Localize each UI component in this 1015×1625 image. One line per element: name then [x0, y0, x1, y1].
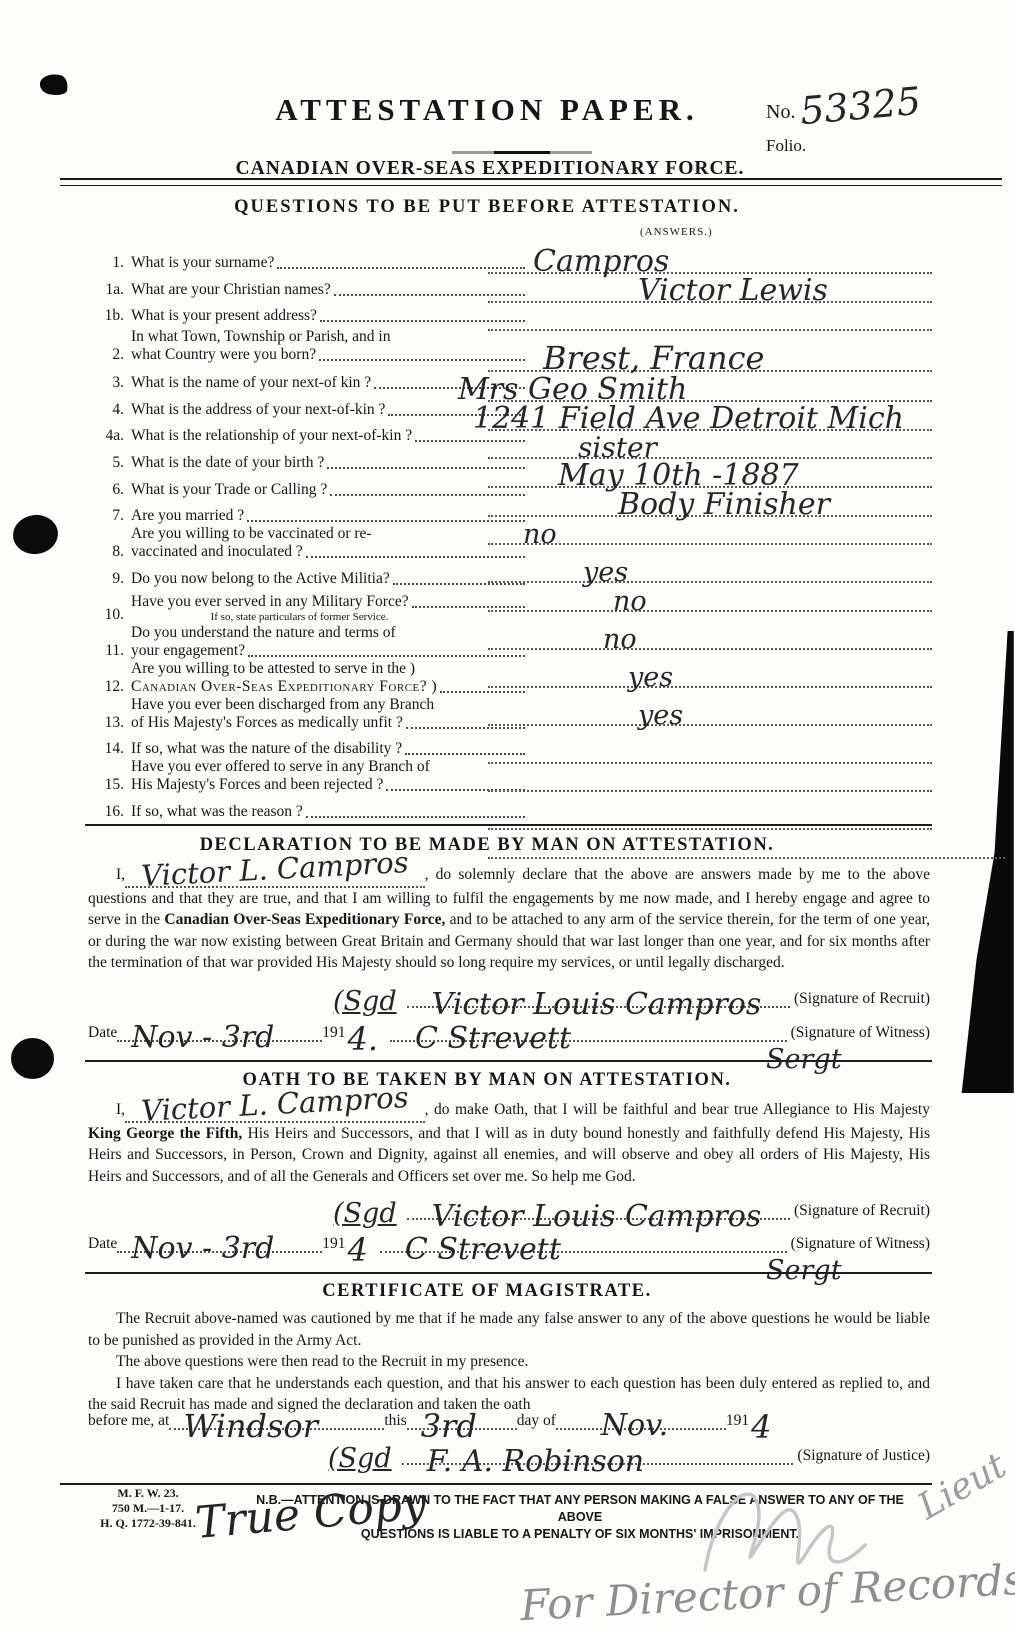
question-text: Do you understand the nature and terms o…	[131, 624, 528, 642]
question-text: In what Town, Township or Parish, and in	[131, 328, 528, 346]
question-row: 1.What is your surname?	[88, 246, 528, 272]
date-value: Nov - 3rd	[131, 1030, 274, 1046]
declaration-date-witness-row: Date Nov - 3rd 191 4. C StrevettSergt (S…	[88, 1023, 930, 1042]
date-line: Nov - 3rd	[117, 1030, 322, 1042]
form-reference: 750 M.—1-17.	[88, 1501, 208, 1516]
oath-recruit-signature-row: (Sgd Victor Louis Campros (Signature of …	[88, 1201, 930, 1220]
hole-punch-mark	[11, 512, 61, 557]
question-row: 7.Are you married ?	[88, 499, 528, 525]
answer-line: no	[488, 583, 932, 612]
answer-line: no	[488, 612, 932, 650]
date-value: Nov - 3rd	[131, 1241, 274, 1257]
year-handwritten: 4	[348, 1244, 368, 1256]
recruit-signature-line: Victor Louis Campros	[407, 996, 790, 1008]
answer-line: Mrs Geo Smith	[488, 372, 932, 402]
declaration-recruit-signature-row: (Sgd Victor Louis Campros (Signature of …	[88, 989, 930, 1008]
question-number: 3.	[88, 374, 131, 392]
attestation-paper-page: ATTESTATION PAPER. No. 53325 Folio. CANA…	[0, 0, 1015, 1625]
question-number: 13.	[88, 714, 131, 732]
question-row: 15.Have you ever offered to serve in any…	[88, 758, 528, 794]
month-value: Nov.	[601, 1418, 668, 1434]
folio-label: Folio.	[766, 136, 806, 156]
oath-date-witness-row: Date Nov - 3rd 191 4 C StrevettSergt (Si…	[88, 1234, 930, 1253]
question-number: 1a.	[88, 281, 131, 299]
witness-rank: Sergt	[766, 1263, 842, 1279]
question-number: 2.	[88, 346, 131, 364]
question-text: Do you now belong to the Active Militia?	[131, 570, 390, 588]
question-number: 11.	[88, 642, 131, 660]
question-number: 1.	[88, 254, 131, 272]
question-number: 16.	[88, 803, 131, 821]
witness-signature-line: C StrevettSergt	[380, 1241, 787, 1253]
question-number: 4a.	[88, 427, 131, 445]
question-number: 15.	[88, 776, 131, 794]
question-text: Have you ever offered to serve in any Br…	[131, 758, 528, 776]
sgd-mark: (Sgd	[333, 994, 397, 1010]
oath-body: , do make Oath, that I will be faithful …	[425, 1101, 930, 1118]
declaration-intro: I,	[116, 866, 125, 883]
year-handwritten: 4.	[348, 1033, 379, 1045]
question-text: Are you willing to be attested to serve …	[131, 660, 528, 678]
oath-heading: OATH TO BE TAKEN BY MAN ON ATTESTATION.	[62, 1070, 912, 1091]
witness-signature: C Strevett	[405, 1241, 561, 1259]
certificate-para1: The Recruit above-named was cautioned by…	[88, 1308, 930, 1351]
section-rule	[85, 1272, 932, 1274]
scan-shadow-wedge	[953, 631, 1015, 1093]
question-text-line2: your engagement?	[131, 642, 245, 660]
answer-line: Body Finisher	[488, 488, 932, 517]
question-text: What is your Trade or Calling ?	[131, 481, 327, 499]
question-text: Have you ever been discharged from any B…	[131, 696, 528, 714]
dotted-leader	[248, 655, 525, 657]
dotted-leader	[247, 520, 525, 522]
declaration-name-line: Victor L. Campros	[125, 862, 425, 888]
question-text-line2: of His Majesty's Forces as medically unf…	[131, 714, 403, 732]
question-text: Are you willing to be vaccinated or re-	[131, 525, 528, 543]
question-row: 4a.What is the relationship of your next…	[88, 419, 528, 445]
question-text: If so, what was the reason ?	[131, 803, 303, 821]
before-me-row: before me, at Windsor this 3rd day of No…	[88, 1411, 930, 1430]
question-text-line2: His Majesty's Forces and been rejected ?	[131, 776, 383, 794]
question-text-line2: what Country were you born?	[131, 346, 316, 364]
question-text: What are your Christian names?	[131, 281, 331, 299]
question-text: Have you ever served in any Military For…	[131, 593, 409, 611]
answers-column: Campros Victor Lewis Brest, France Mrs G…	[488, 246, 932, 859]
certificate-heading: CERTIFICATE OF MAGISTRATE.	[62, 1281, 912, 1302]
answer-line	[488, 303, 932, 331]
answer-line: yes	[488, 650, 932, 688]
month-line: Nov.	[556, 1418, 726, 1430]
declaration-name: Victor L. Campros	[141, 855, 409, 883]
answer-line: no	[488, 517, 932, 545]
before-me-label: before me, at	[88, 1411, 169, 1430]
question-text: What is the address of your next-of-kin …	[131, 401, 385, 419]
question-row: 2.In what Town, Township or Parish, and …	[88, 325, 528, 364]
witness-signature-label: (Signature of Witness)	[791, 1234, 930, 1253]
certificate-paragraphs: The Recruit above-named was cautioned by…	[88, 1308, 930, 1416]
questions-heading: QUESTIONS TO BE PUT BEFORE ATTESTATION.	[62, 197, 912, 218]
form-number-label: No.	[766, 101, 795, 124]
question-number: 7.	[88, 507, 131, 525]
question-number: 5.	[88, 454, 131, 472]
question-row: 1b.What is your present address?	[88, 299, 528, 325]
place-line: Windsor	[169, 1418, 384, 1430]
sgd-mark: (Sgd	[328, 1451, 392, 1467]
question-number: 4.	[88, 401, 131, 419]
form-reference: M. F. W. 23.	[88, 1486, 208, 1501]
recruit-signature-label: (Signature of Recruit)	[794, 1201, 930, 1220]
answers-column-label: (ANSWERS.)	[640, 226, 713, 238]
this-label: this	[384, 1411, 406, 1430]
sgd-mark: (Sgd	[333, 1206, 397, 1222]
question-text: What is your surname?	[131, 254, 274, 272]
question-text: What is the date of your birth ?	[131, 454, 324, 472]
question-row: 13.Have you ever been discharged from an…	[88, 696, 528, 732]
question-number: 12.	[88, 678, 131, 696]
answer-line: Brest, France	[488, 331, 932, 372]
question-row: 5.What is the date of your birth ?	[88, 445, 528, 472]
day-line: 3rd	[407, 1418, 517, 1430]
question-text: Are you married ?	[131, 507, 244, 525]
answer-line: 1241 Field Ave Detroit Mich	[488, 402, 932, 431]
witness-signature-line: C StrevettSergt	[390, 1030, 787, 1042]
date-line: Nov - 3rd	[117, 1241, 322, 1253]
question-text-line2: Canadian Over-Seas Expeditionary Force? …	[131, 678, 437, 696]
recruit-signature-line: Victor Louis Campros	[407, 1208, 790, 1220]
recruit-signature: Victor Louis Campros	[432, 996, 762, 1014]
justice-signature: F. A. Robinson	[427, 1453, 645, 1471]
answer-line: yes	[488, 688, 932, 726]
oath-name-line: Victor L. Campros	[125, 1097, 425, 1123]
question-row: 1a.What are your Christian names?	[88, 272, 528, 299]
question-row: 11.Do you understand the nature and term…	[88, 624, 528, 660]
day-value: 3rd	[421, 1418, 477, 1434]
question-number: 9.	[88, 570, 131, 588]
witness-signature-label: (Signature of Witness)	[791, 1023, 930, 1042]
question-text: What is your present address?	[131, 307, 317, 325]
question-text: What is the relationship of your next-of…	[131, 427, 412, 445]
place-value: Windsor	[183, 1418, 318, 1434]
declaration-heading: DECLARATION TO BE MADE BY MAN ON ATTESTA…	[62, 835, 912, 856]
oath-paragraph: I,Victor L. Campros, do make Oath, that …	[88, 1097, 930, 1187]
title-divider	[452, 151, 592, 154]
day-of-label: day of	[517, 1411, 556, 1430]
question-row: 8.Are you willing to be vaccinated or re…	[88, 525, 528, 561]
oath-intro: I,	[116, 1101, 125, 1118]
question-row: 6.What is your Trade or Calling ?	[88, 472, 528, 499]
question-number: 14.	[88, 740, 131, 758]
year-handwritten: 4	[751, 1421, 771, 1433]
oath-bold-text: King George the Fifth,	[88, 1125, 242, 1142]
recruit-signature-label: (Signature of Recruit)	[794, 989, 930, 1008]
question-row: 12.Are you willing to be attested to ser…	[88, 660, 528, 696]
question-number: 1b.	[88, 307, 131, 325]
subtitle: CANADIAN OVER-SEAS EXPEDITIONARY FORCE.	[60, 158, 920, 180]
form-reference: H. Q. 1772-39-841.	[88, 1516, 208, 1531]
question-row: 9.Do you now belong to the Active Militi…	[88, 561, 528, 588]
oath-name: Victor L. Campros	[141, 1090, 409, 1118]
answer-line: Victor Lewis	[488, 274, 932, 303]
answer-line: Campros	[488, 246, 932, 274]
witness-signature: C Strevett	[415, 1030, 571, 1048]
declaration-paragraph: I,Victor L. Campros, do solemnly declare…	[88, 862, 930, 974]
recruit-signature: Victor Louis Campros	[432, 1208, 762, 1226]
question-subnote: If so, state particulars of former Servi…	[131, 611, 528, 624]
question-row: 14.If so, what was the nature of the dis…	[88, 732, 528, 758]
question-number: 10.	[88, 606, 131, 624]
question-text: What is the name of your next-of kin ?	[131, 374, 371, 392]
answer-line: yes	[488, 545, 932, 583]
year-printed: 191	[726, 1411, 749, 1430]
section-rule	[85, 824, 932, 826]
year-printed: 191	[322, 1023, 345, 1042]
date-label: Date	[88, 1023, 117, 1042]
question-text: If so, what was the nature of the disabi…	[131, 740, 402, 758]
date-label: Date	[88, 1234, 117, 1253]
question-number: 8.	[88, 543, 131, 561]
question-text-line2: vaccinated and inoculated ?	[131, 543, 303, 561]
question-number: 6.	[88, 481, 131, 499]
answer-line: May 10th -1887	[488, 459, 932, 488]
question-row: 10.Have you ever served in any Military …	[88, 588, 528, 624]
answer-line	[488, 726, 932, 764]
answer-line	[488, 764, 932, 792]
form-reference-block: M. F. W. 23. 750 M.—1-17. H. Q. 1772-39-…	[88, 1486, 208, 1531]
year-printed: 191	[322, 1234, 345, 1253]
header-double-rule	[60, 178, 1002, 186]
certificate-para2: The above questions were then read to th…	[88, 1351, 930, 1373]
question-row: 16.If so, what was the reason ?	[88, 794, 528, 821]
declaration-bold-text: Canadian Over-Seas Expeditionary Force,	[164, 911, 445, 928]
questions-column: 1.What is your surname? 1a.What are your…	[88, 246, 528, 821]
hole-punch-mark	[11, 1038, 54, 1079]
section-rule	[85, 1060, 932, 1062]
answer-line: sister	[488, 431, 932, 459]
